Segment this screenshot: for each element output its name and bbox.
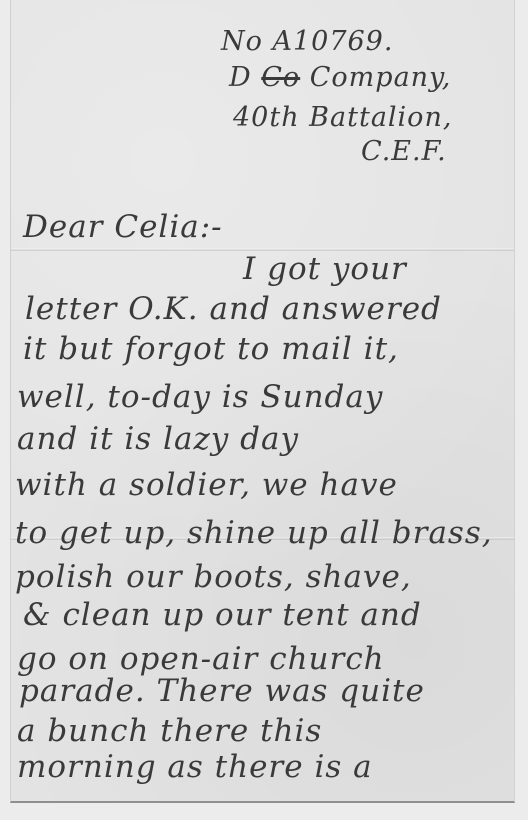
company-prefix: D	[229, 62, 252, 93]
service-number: No A10769.	[221, 28, 393, 55]
letter-line: to get up, shine up all brass,	[15, 518, 493, 549]
battalion-line: 40th Battalion,	[233, 104, 452, 131]
letter-line: letter O.K. and answered	[25, 294, 442, 325]
letter-line: parade. There was quite	[19, 676, 425, 707]
company-suffix: Company,	[310, 62, 452, 93]
letter-line: a bunch there this	[17, 716, 322, 747]
letter-line: it but forgot to mail it,	[23, 334, 399, 365]
letter-line: well, to-day is Sunday	[17, 382, 383, 413]
letter-line: I got your	[243, 254, 407, 285]
letter-page: No A10769. D Co Company, 40th Battalion,…	[10, 0, 515, 803]
letter-line: and it is lazy day	[17, 424, 299, 455]
force-line: C.E.F.	[361, 138, 447, 165]
letter-line: & clean up our tent and	[23, 600, 422, 631]
letter-line: with a soldier, we have	[15, 470, 398, 501]
letter-line: go on open-air church	[17, 644, 385, 675]
letter-line: polish our boots, shave,	[15, 562, 412, 593]
company-struck-text: Co	[261, 62, 300, 93]
salutation: Dear Celia:-	[23, 212, 223, 243]
company-line: D Co Company,	[229, 64, 451, 91]
letter-line: morning as there is a	[17, 752, 373, 783]
